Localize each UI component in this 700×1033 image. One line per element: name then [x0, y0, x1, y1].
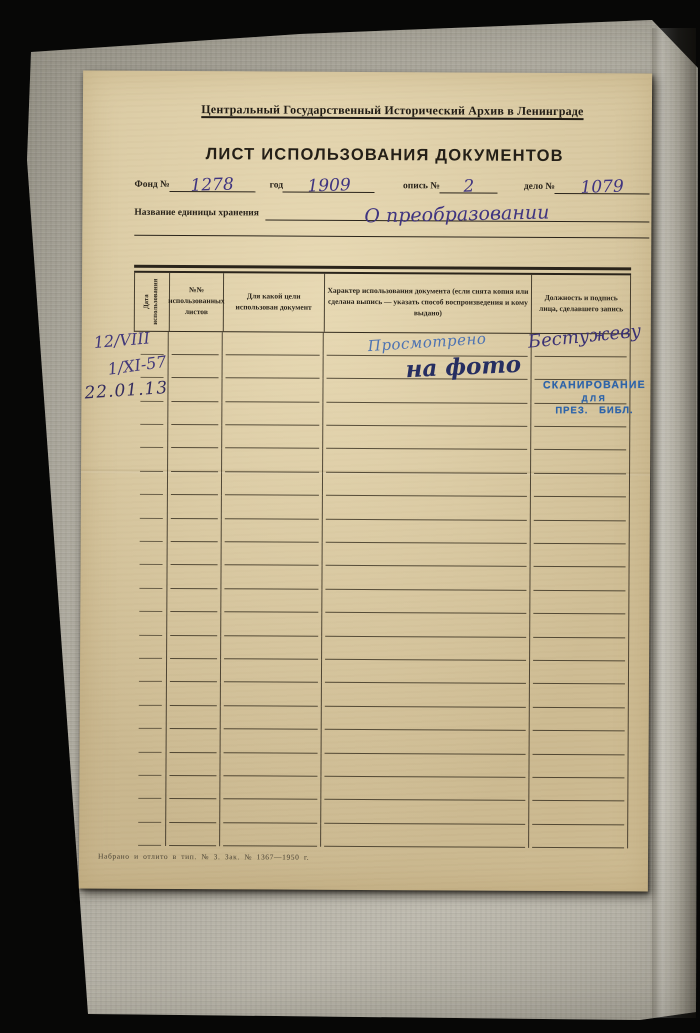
- table-cell: [530, 591, 629, 615]
- table-cell: [531, 357, 630, 381]
- table-cell: [132, 682, 166, 706]
- table-cell: [220, 589, 321, 613]
- table-row: [133, 518, 629, 544]
- table-cell: [167, 448, 221, 472]
- archive-header: Центральный Государственный Исторический…: [135, 102, 650, 120]
- table-row: [132, 589, 628, 615]
- table-cell: [132, 635, 166, 659]
- table-cell: [219, 776, 320, 800]
- table-cell: [530, 567, 629, 591]
- table-cell: [322, 379, 531, 403]
- table-cell: [322, 449, 531, 473]
- table-cell: [131, 776, 165, 800]
- handwritten-note-photo: на фото: [405, 353, 521, 381]
- table-cell: [321, 543, 530, 567]
- table-cell: [530, 544, 629, 568]
- table-row: [131, 776, 627, 802]
- table-cell: [133, 518, 167, 542]
- table-cell: [132, 659, 166, 683]
- table-cell: [132, 589, 166, 613]
- table-cell: [219, 729, 320, 753]
- table-cell: [167, 355, 221, 379]
- table-row: [133, 448, 629, 474]
- handwritten-date-1: 12/VIII: [93, 330, 150, 351]
- year-value: 1909: [307, 177, 351, 195]
- table-row: [131, 752, 627, 778]
- table-cell: [166, 589, 220, 613]
- table-row: [132, 635, 628, 661]
- table-cell: [132, 565, 166, 589]
- table-cell: [133, 448, 167, 472]
- table-cell: [219, 823, 320, 847]
- table-cell: [166, 542, 220, 566]
- delo-field: 1079: [555, 171, 650, 194]
- table-cell: [133, 425, 167, 449]
- table-cell: [320, 683, 529, 707]
- table-cell: [220, 542, 321, 566]
- table-cell: [133, 401, 167, 425]
- table-row: [132, 565, 628, 591]
- stamp-line-1: СКАНИРОВАНИЕ: [536, 379, 652, 391]
- table-cell: [132, 612, 166, 636]
- table-cell: [219, 800, 320, 824]
- table-cell: [221, 472, 322, 496]
- table-cell: [530, 450, 629, 474]
- table-cell: [221, 425, 322, 449]
- table-cell: [220, 683, 321, 707]
- table-cell: [220, 706, 321, 730]
- table-cell: [530, 497, 629, 521]
- table-row: [132, 706, 628, 732]
- table-cell: [529, 661, 628, 685]
- unit-label: Название единицы хранения: [134, 208, 259, 221]
- table-cell: [166, 706, 220, 730]
- table-cell: [321, 519, 530, 543]
- table-cell: [221, 519, 322, 543]
- table-cell: [529, 754, 628, 778]
- table-cell: [132, 706, 166, 730]
- table-cell: [221, 355, 322, 379]
- table-cell: [131, 799, 165, 823]
- table-header-row: Дата использования №№ использованных лис…: [134, 272, 631, 334]
- table-cell: [322, 426, 531, 450]
- table-row: [133, 495, 629, 521]
- table-cell: [322, 473, 531, 497]
- table-row: [131, 799, 627, 825]
- table-cell: [167, 402, 221, 426]
- table-cell: [320, 777, 529, 801]
- table-cell: [221, 495, 322, 519]
- col-header-sheets: №№ использованных листов: [169, 272, 223, 330]
- table-cell: [530, 474, 629, 498]
- table-cell: [220, 566, 321, 590]
- page-title: ЛИСТ ИСПОЛЬЗОВАНИЯ ДОКУМЕНТОВ: [135, 145, 635, 167]
- opis-label: опись №: [403, 181, 440, 193]
- table-cell: [131, 752, 165, 776]
- table-cell: [165, 752, 219, 776]
- table-row: [132, 682, 628, 708]
- blank-rule: [134, 221, 649, 239]
- table-cell: [165, 776, 219, 800]
- table-cell: [167, 519, 221, 543]
- table-cell: [165, 823, 219, 847]
- table-cell: [167, 495, 221, 519]
- col-header-character: Характер использования документа (если с…: [323, 273, 531, 332]
- table-row: [131, 822, 627, 848]
- opis-field: 2: [440, 170, 498, 193]
- table-cell: [221, 402, 322, 426]
- table-cell: [221, 449, 322, 473]
- table-cell: [133, 542, 167, 566]
- table-cell: [166, 612, 220, 636]
- scanning-stamp: СКАНИРОВАНИЕ ДЛЯ ПРЕЗ. БИБЛ.: [536, 379, 652, 416]
- stamp-line-2: ДЛЯ: [536, 393, 652, 403]
- table-cell: [166, 659, 220, 683]
- table-cell: [166, 729, 220, 753]
- table-row: [132, 612, 628, 638]
- document-sheet: Центральный Государственный Исторический…: [79, 71, 652, 892]
- delo-value: 1079: [580, 179, 624, 197]
- table-cell: [530, 520, 629, 544]
- table-row: [134, 355, 630, 381]
- table-cell: [321, 496, 530, 520]
- table-cell: [133, 495, 167, 519]
- table-cell: [321, 660, 530, 684]
- scanned-page: Центральный Государственный Исторический…: [0, 0, 700, 1033]
- table-cell: [529, 684, 628, 708]
- table-cell: [530, 427, 629, 451]
- table-cell: [321, 590, 530, 614]
- form-line-unit: Название единицы хранения О преобразован…: [134, 197, 649, 223]
- table-row: [132, 659, 628, 685]
- table-cell: [220, 612, 321, 636]
- year-field: 1909: [283, 170, 375, 193]
- table-cell: [167, 425, 221, 449]
- table-cell: [528, 801, 627, 825]
- table-cell: [166, 682, 220, 706]
- table-cell: [220, 636, 321, 660]
- table-cell: [320, 823, 529, 847]
- table-cell: [529, 731, 628, 755]
- fond-label: Фонд №: [135, 180, 170, 192]
- fond-field: 1278: [170, 169, 256, 192]
- table-cell: [529, 708, 628, 732]
- table-cell: [220, 659, 321, 683]
- delo-label: дело №: [524, 182, 555, 194]
- year-label: год: [270, 180, 283, 192]
- table-cell: [320, 753, 529, 777]
- table-row: [132, 729, 628, 755]
- table-cell: [321, 566, 530, 590]
- blank-line: [134, 221, 649, 239]
- table-top-rule: [134, 265, 631, 271]
- table-cell: [131, 822, 165, 846]
- table-row: [133, 472, 629, 498]
- table-row: [133, 425, 629, 451]
- table-cell: [529, 637, 628, 661]
- table-cell: [221, 379, 322, 403]
- table-cell: [133, 472, 167, 496]
- col-header-date: Дата использования: [135, 272, 169, 330]
- table-cell: [132, 729, 166, 753]
- opis-value: 2: [463, 178, 474, 195]
- table-cell: [167, 378, 221, 402]
- stamp-line-3: ПРЕЗ. БИБЛ.: [536, 405, 652, 416]
- table-cell: [529, 614, 628, 638]
- table-cell: [221, 332, 322, 356]
- table-row: [133, 542, 629, 568]
- print-shop-note: Набрано и отлито в тип. № 3. Зак. № 1367…: [98, 852, 309, 862]
- table-cell: [322, 402, 531, 426]
- table-cell: [528, 825, 627, 849]
- form-line-fond: Фонд № 1278 год 1909 опись № 2 дело № 10…: [135, 169, 650, 195]
- table-cell: [166, 636, 220, 660]
- fond-value: 1278: [191, 177, 235, 195]
- table-cell: [166, 565, 220, 589]
- col-header-purpose: Для какой цели использован документ: [223, 273, 324, 332]
- table-cell: [167, 472, 221, 496]
- table-cell: [321, 613, 530, 637]
- table-cell: [320, 800, 529, 824]
- table-cell: [165, 799, 219, 823]
- table-cell: [320, 707, 529, 731]
- table-cell: [168, 331, 222, 355]
- unit-field: О преобразовании: [265, 197, 650, 222]
- table-cell: [321, 636, 530, 660]
- table-cell: [320, 730, 529, 754]
- table-cell: [219, 753, 320, 777]
- cover-fold-edge: [652, 28, 696, 1018]
- table-cell: [529, 778, 628, 802]
